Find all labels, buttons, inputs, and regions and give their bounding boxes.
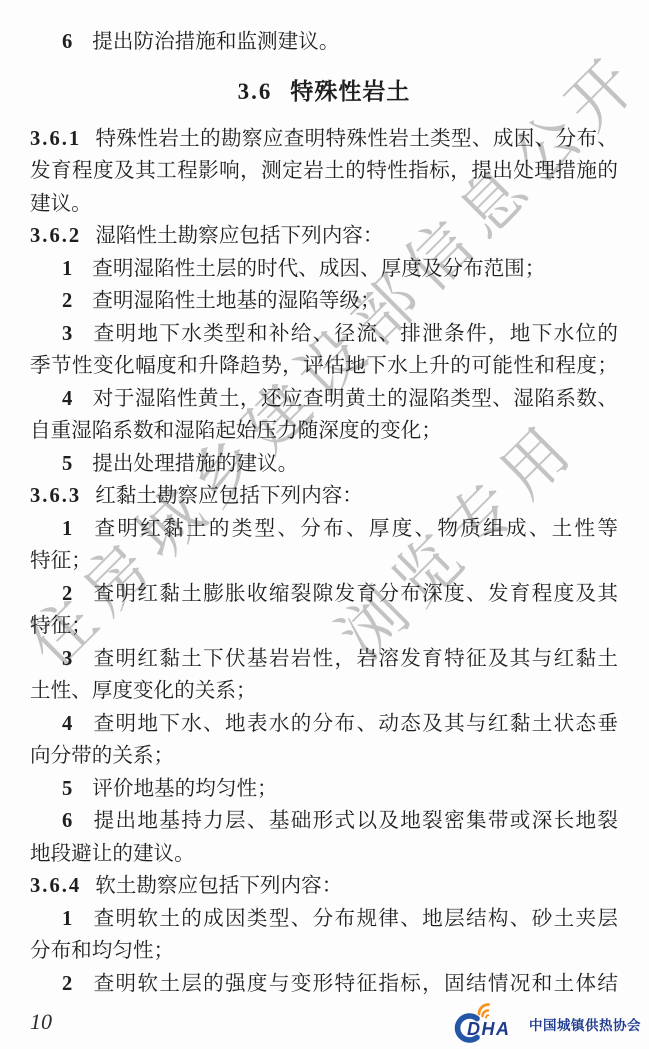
text-line: 特征； <box>30 610 618 643</box>
section-number: 3.6 <box>238 79 273 104</box>
item-number: 5 <box>62 453 72 475</box>
text-line: 特征； <box>30 545 618 578</box>
line-text: 提出防治措施和监测建议。 <box>92 31 339 53</box>
dha-logo-icon: DHA <box>454 1003 524 1045</box>
section-heading: 3.6特殊性岩土 <box>30 75 618 107</box>
text-line: 3.6.4软土勘察应包括下列内容： <box>30 870 618 903</box>
item-number: 2 <box>62 973 72 995</box>
page-footer: 10 DHA 中国城镇供热协会 <box>0 997 649 1049</box>
item-number: 3 <box>62 648 72 670</box>
text-line: 1查明湿陷性土层的时代、成因、厚度及分布范围； <box>30 253 618 286</box>
item-number: 6 <box>62 31 72 53</box>
text-line: 1查明红黏土的类型、分布、厚度、物质组成、土性等 <box>30 513 618 546</box>
section-title: 特殊性岩土 <box>290 78 410 104</box>
text-line: 3.6.3红黏土勘察应包括下列内容： <box>30 480 618 513</box>
text-line: 5提出处理措施的建议。 <box>30 448 618 481</box>
line-text: 查明地下水、地表水的分布、动态及其与红黏土状态垂 <box>92 713 618 735</box>
text-line: 1查明软土的成因类型、分布规律、地层结构、砂土夹层 <box>30 903 618 936</box>
logo-wave-dot-icon <box>486 1015 488 1017</box>
text-line: 3.6.1特殊性岩土的勘察应查明特殊性岩土类型、成因、分布、 <box>30 123 618 156</box>
item-number: 2 <box>62 290 72 312</box>
text-line: 2查明湿陷性土地基的湿陷等级； <box>30 285 618 318</box>
item-number: 4 <box>62 713 72 735</box>
item-number: 1 <box>62 258 72 280</box>
clause-number: 3.6.3 <box>30 485 81 507</box>
line-text: 查明湿陷性土地基的湿陷等级； <box>92 290 380 312</box>
line-text: 查明软土的成因类型、分布规律、地层结构、砂土夹层 <box>92 908 618 930</box>
text-line: 5评价地基的均匀性； <box>30 773 618 806</box>
text-line: 4查明地下水、地表水的分布、动态及其与红黏土状态垂 <box>30 708 618 741</box>
text-line: 6提出地基持力层、基础形式以及地裂密集带或深长地裂 <box>30 805 618 838</box>
item-number: 4 <box>62 388 72 410</box>
line-text: 对于湿陷性黄土，还应查明黄土的湿陷类型、湿陷系数、 <box>92 388 618 410</box>
line-text: 查明红黏土下伏基岩岩性，岩溶发育特征及其与红黏土 <box>92 648 618 670</box>
line-text: 查明湿陷性土层的时代、成因、厚度及分布范围； <box>92 258 545 280</box>
text-line: 3查明红黏土下伏基岩岩性，岩溶发育特征及其与红黏土 <box>30 643 618 676</box>
text-line: 地段避让的建议。 <box>30 838 618 871</box>
line-text: 红黏土勘察应包括下列内容： <box>95 485 363 507</box>
item-number: 5 <box>62 778 72 800</box>
text-line: 自重湿陷系数和湿陷起始压力随深度的变化； <box>30 415 618 448</box>
text-line: 6提出防治措施和监测建议。 <box>30 26 618 59</box>
text-line: 分布和均匀性； <box>30 935 618 968</box>
item-number: 1 <box>62 908 72 930</box>
text-line: 建议。 <box>30 188 618 221</box>
line-text: 提出处理措施的建议。 <box>92 453 298 475</box>
line-text: 评价地基的均匀性； <box>92 778 277 800</box>
document-body: 6提出防治措施和监测建议。3.6特殊性岩土3.6.1特殊性岩土的勘察应查明特殊性… <box>30 0 618 1000</box>
org-logo: DHA 中国城镇供热协会 <box>454 1003 641 1045</box>
clause-number: 3.6.2 <box>30 225 81 247</box>
clause-number: 3.6.1 <box>30 128 81 150</box>
line-text: 提出地基持力层、基础形式以及地裂密集带或深长地裂 <box>92 810 618 832</box>
line-text: 查明红黏土的类型、分布、厚度、物质组成、土性等 <box>92 518 618 540</box>
text-line: 发育程度及其工程影响，测定岩土的特性指标，提出处理措施的 <box>30 155 618 188</box>
text-line: 向分带的关系； <box>30 740 618 773</box>
text-line: 4对于湿陷性黄土，还应查明黄土的湿陷类型、湿陷系数、 <box>30 383 618 416</box>
line-text: 湿陷性土勘察应包括下列内容： <box>95 225 383 247</box>
text-line: 3查明地下水类型和补给、径流、排泄条件，地下水位的 <box>30 318 618 351</box>
item-number: 2 <box>62 583 72 605</box>
org-name: 中国城镇供热协会 <box>529 1014 641 1034</box>
line-text: 查明软土层的强度与变形特征指标，固结情况和土体结 <box>92 973 618 995</box>
text-line: 土性、厚度变化的关系； <box>30 675 618 708</box>
item-number: 6 <box>62 810 72 832</box>
text-line: 2查明红黏土膨胀收缩裂隙发育分布深度、发育程度及其 <box>30 578 618 611</box>
document-page: 住房城乡建设部信息公开 浏览专用 6提出防治措施和监测建议。3.6特殊性岩土3.… <box>0 0 649 1049</box>
item-number: 3 <box>62 323 72 345</box>
text-line: 季节性变化幅度和升降趋势，评估地下水上升的可能性和程度； <box>30 350 618 383</box>
line-text: 特殊性岩土的勘察应查明特殊性岩土类型、成因、分布、 <box>95 128 618 150</box>
page-number: 10 <box>30 1009 52 1035</box>
line-text: 软土勘察应包括下列内容： <box>95 875 342 897</box>
clause-number: 3.6.4 <box>30 875 81 897</box>
text-line: 2查明软土层的强度与变形特征指标，固结情况和土体结 <box>30 968 618 1001</box>
logo-acronym: DHA <box>467 1019 511 1039</box>
text-line: 3.6.2湿陷性土勘察应包括下列内容： <box>30 220 618 253</box>
line-text: 查明地下水类型和补给、径流、排泄条件，地下水位的 <box>92 323 618 345</box>
item-number: 1 <box>62 518 72 540</box>
line-text: 查明红黏土膨胀收缩裂隙发育分布深度、发育程度及其 <box>92 583 618 605</box>
